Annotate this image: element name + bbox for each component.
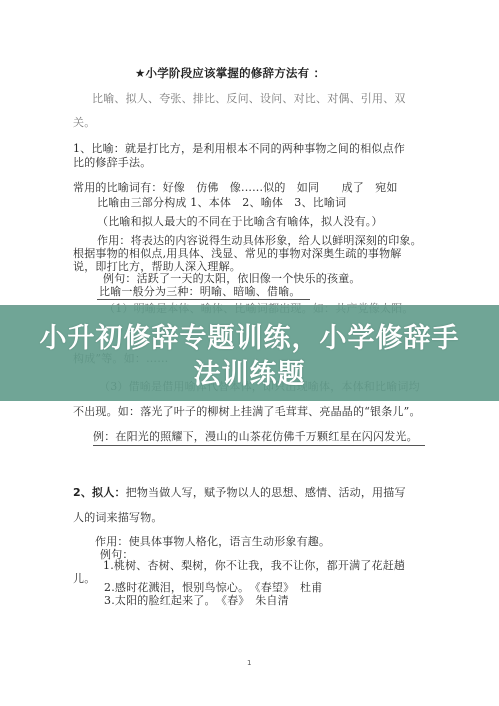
types-underline [97, 299, 310, 300]
title-banner: 小升初修辞专题训练，小学修辞手法训练题 [0, 305, 499, 401]
simile-effect-line2: 根据事物的相似点,用具体、浅显、常见的事物对深奥生疏的事物解 [73, 247, 402, 260]
simile-vs-personification: （比喻和拟人最大的不同在于比喻含有喻体，拟人没有。） [97, 215, 383, 228]
example2-underline [93, 445, 425, 446]
section2-title-text: 把物当做人写，赋予物以人的思想、感情、活动，用描写 [126, 486, 406, 499]
simile-common-words: 常用的比喻词有：好像 仿佛 像......似的 如同 成了 宛如 [73, 181, 398, 194]
section2-title-cont: 人的词来描写物。 [73, 511, 163, 524]
rhetoric-list-cont: 关。 [73, 116, 95, 129]
document-heading: ★小学阶段应该掌握的修辞方法有 ： [135, 67, 325, 80]
personification-example-2: 2.感时花溅泪，恨别鸟惊心。 《春望》 杜甫 [104, 581, 322, 594]
personification-example-3: 3.太阳的脸红起来了。 《春》 朱自清 [104, 594, 289, 607]
page-number: 1 [247, 659, 251, 667]
section2-title-label: 2、拟人： [73, 486, 126, 499]
simile-example: 例句：活跃了一天的太阳，依旧像一个快乐的孩童。 [103, 272, 361, 285]
personification-example-1-cont: 儿。 [73, 572, 95, 585]
simile-three-parts: 比喻由三部分构成 1、本体 2、喻体 3、比喻词 [97, 196, 346, 209]
section1-title-cont: 比的修辞手法。 [73, 156, 151, 169]
simile-type3-cont: 不出现。如：落光了叶子的柳树上挂满了毛茸茸、亮晶晶的“银条儿”。 [73, 405, 421, 418]
rhetoric-list: 比喻、拟人、夸张、排比、反问、设问、对比、对偶、引用、双 [92, 92, 406, 105]
banner-title: 小升初修辞专题训练，小学修辞手法训练题 [0, 321, 499, 393]
section2-title: 2、拟人：把物当做人写，赋予物以人的思想、感情、活动，用描写 [73, 486, 406, 499]
simile-effect-line1: 作用：将表达的内容说得生动具体形象，给人以鲜明深刻的印象。 [97, 234, 422, 247]
personification-example-1: 1.桃树、杏树、梨树，你不让我，我不让你，都开满了花赶趟 [103, 559, 405, 572]
simile-types: 比喻一般分为三种：明喻、暗喻、借喻。 [99, 285, 301, 298]
personification-effect: 作用：使具体事物人格化，语言生动形象有趣。 [95, 535, 330, 548]
simile-example2: 例：在阳光的照耀下，漫山的山茶花仿佛千万颗红星在闪闪发光。 [93, 430, 418, 443]
section1-title: 1、比喻：就是打比方，是利用根本不同的两种事物之间的相似点作 [73, 142, 405, 155]
